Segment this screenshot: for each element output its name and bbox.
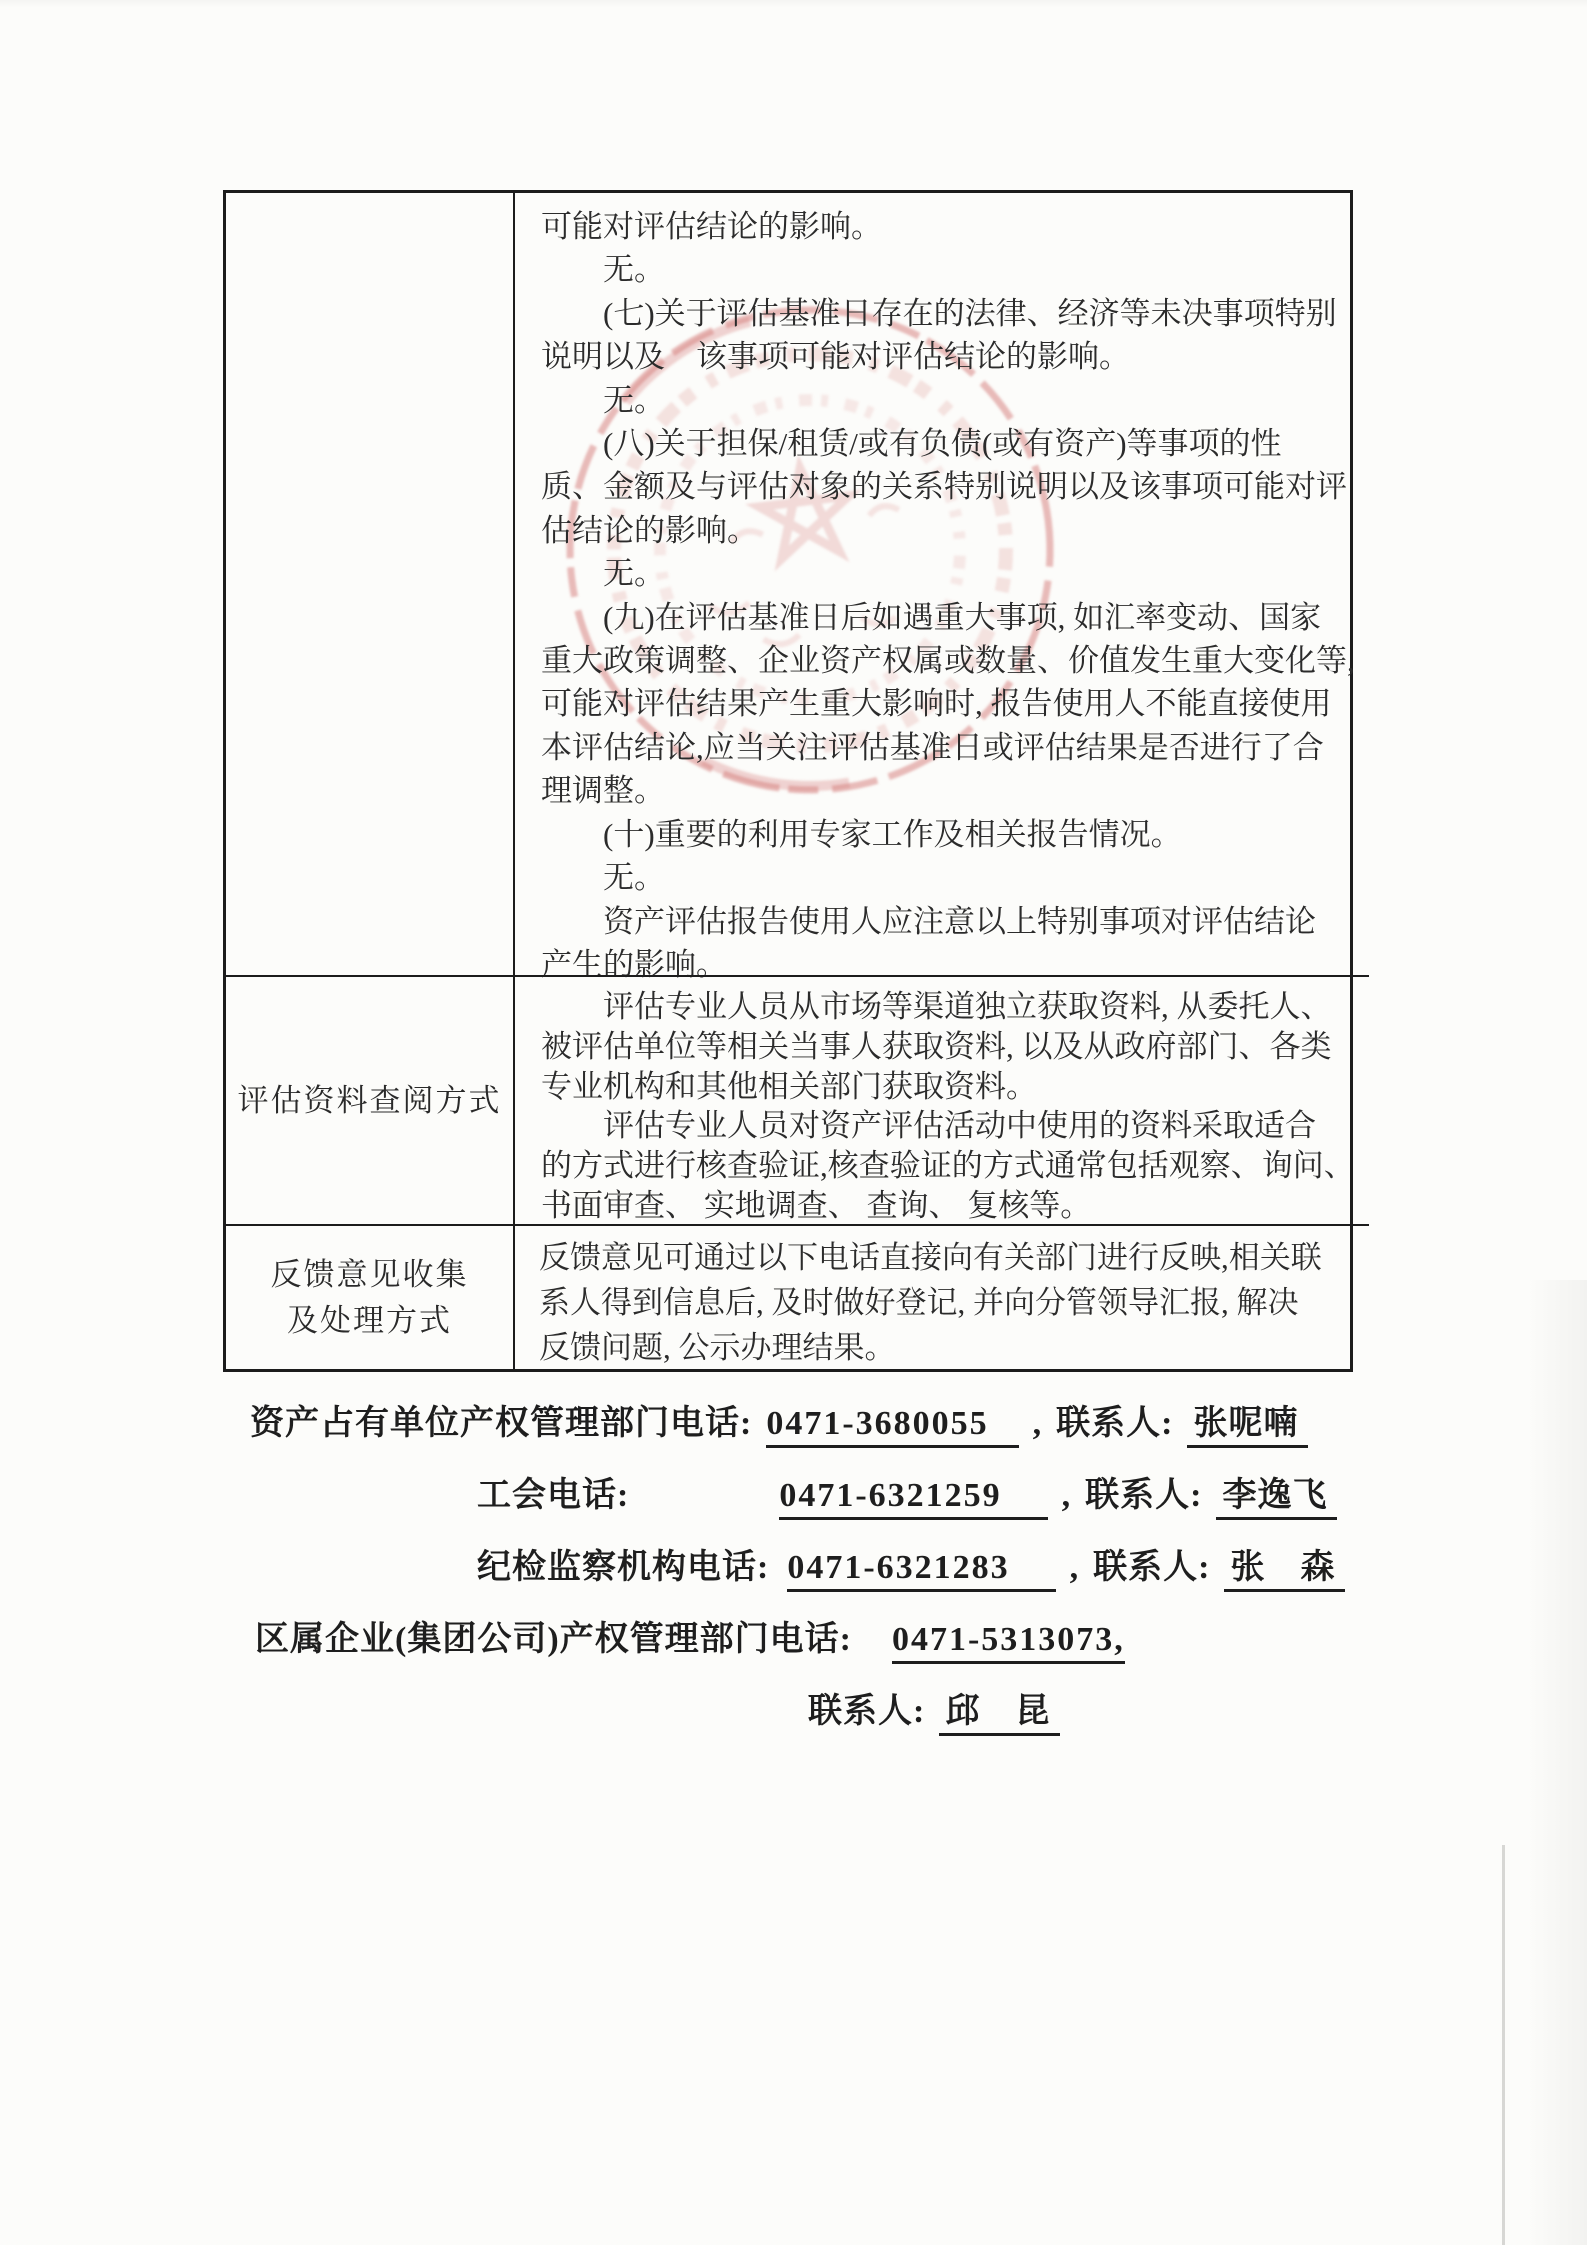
text-line: 评估专业人员从市场等渠道独立获取资料, 从委托人、: [541, 987, 1355, 1027]
row2-label-cell: 评估资料查阅方式: [226, 975, 515, 1224]
row-label: 评估资料查阅方式: [238, 1078, 502, 1124]
contact-person-label: 联系人:: [808, 1693, 925, 1730]
phone-number: 0471-6321283: [787, 1549, 1055, 1592]
text-line: 被评估单位等相关当事人获取资料, 以及从政府部门、各类: [541, 1027, 1355, 1067]
separator: ,: [1033, 1405, 1043, 1442]
text-line: 重大政策调整、企业资产权属或数量、价值发生重大变化等,: [541, 639, 1355, 682]
contact-line-union: 工会电话:0471-6321259,联系人:李逸飞: [477, 1470, 1337, 1522]
scan-edge-line: [1502, 1845, 1505, 2245]
separator: ,: [1062, 1477, 1072, 1514]
row2-content-cell: 评估专业人员从市场等渠道独立获取资料, 从委托人、 被评估单位等相关当事人获取资…: [515, 975, 1369, 1224]
text-line: 资产评估报告使用人应注意以上特别事项对评估结论: [541, 900, 1355, 943]
row1-content-cell: 可能对评估结论的影响。 无。 (七)关于评估基准日存在的法律、经济等未决事项特别…: [515, 193, 1369, 975]
contact-person-label: 联系人:: [1093, 1549, 1210, 1586]
separator: ,: [1070, 1549, 1080, 1586]
text-line: (七)关于评估基准日存在的法律、经济等未决事项特别: [541, 292, 1355, 335]
row3-content-cell: 反馈意见可通过以下电话直接向有关部门进行反映,相关联 系人得到信息后, 及时做好…: [515, 1224, 1369, 1370]
contact-line-asset-owner: 资产占有单位产权管理部门电话:0471-3680055,联系人:张呢喃: [250, 1398, 1308, 1450]
text-line: 可能对评估结论的影响。: [541, 205, 1355, 248]
contact-person-label: 联系人:: [1085, 1477, 1202, 1514]
contact-person-name: 张呢喃: [1187, 1405, 1308, 1448]
contact-person-name: 邱 昆: [939, 1693, 1060, 1736]
text-line: 说明以及 该事项可能对评估结论的影响。: [541, 335, 1355, 378]
text-line: 质、金额及与评估对象的关系特别说明以及该事项可能对评: [541, 465, 1355, 508]
text-line: 评估专业人员对资产评估活动中使用的资料采取适合: [541, 1106, 1355, 1146]
phone-number: 0471-3680055: [766, 1405, 1018, 1448]
row-label: 及处理方式: [287, 1298, 452, 1344]
contact-person-name: 李逸飞: [1216, 1477, 1337, 1520]
text-line: 反馈问题, 公示办理结果。: [539, 1325, 1355, 1370]
contact-line-district-enterprise: 区属企业(集团公司)产权管理部门电话:0471-5313073,: [255, 1614, 1125, 1666]
phone-number: 0471-5313073,: [892, 1621, 1125, 1664]
row1-label-cell: [226, 193, 515, 975]
text-line: (十)重要的利用专家工作及相关报告情况。: [541, 813, 1355, 856]
text-line: 系人得到信息后, 及时做好登记, 并向分管领导汇报, 解决: [539, 1280, 1355, 1325]
text-line: 理调整。: [541, 769, 1355, 812]
contact-person-name: 张 森: [1224, 1549, 1345, 1592]
text-line: 估结论的影响。: [541, 509, 1355, 552]
assessment-table: 可能对评估结论的影响。 无。 (七)关于评估基准日存在的法律、经济等未决事项特别…: [223, 190, 1353, 1372]
text-line: 本评估结论,应当关注评估基准日或评估结果是否进行了合: [541, 726, 1355, 769]
text-line: 无。: [541, 856, 1355, 899]
text-line: 无。: [541, 248, 1355, 291]
row-label: 反馈意见收集: [271, 1252, 469, 1298]
scan-right-shadow: [1527, 1280, 1587, 2245]
contact-line-district-enterprise-person: 联系人:邱 昆: [808, 1686, 1060, 1738]
contact-label: 区属企业(集团公司)产权管理部门电话:: [255, 1621, 852, 1658]
text-line: 无。: [541, 379, 1355, 422]
text-line: 的方式进行核查验证,核查验证的方式通常包括观察、询问、: [541, 1146, 1355, 1186]
text-line: (八)关于担保/租赁/或有负债(或有资产)等事项的性: [541, 422, 1355, 465]
text-line: 专业机构和其他相关部门获取资料。: [541, 1067, 1355, 1107]
contact-label: 工会电话:: [477, 1477, 629, 1514]
document-page: 可能对评估结论的影响。 无。 (七)关于评估基准日存在的法律、经济等未决事项特别…: [0, 0, 1587, 2245]
text-line: 可能对评估结果产生重大影响时, 报告使用人不能直接使用: [541, 682, 1355, 725]
contact-line-discipline-inspection: 纪检监察机构电话:0471-6321283,联系人:张 森: [477, 1542, 1345, 1594]
scan-top-shadow: [0, 0, 1587, 8]
text-line: 反馈意见可通过以下电话直接向有关部门进行反映,相关联: [539, 1235, 1355, 1280]
contact-person-label: 联系人:: [1056, 1405, 1173, 1442]
text-line: (九)在评估基准日后如遇重大事项, 如汇率变动、国家: [541, 596, 1355, 639]
phone-number: 0471-6321259: [779, 1477, 1047, 1520]
text-line: 无。: [541, 552, 1355, 595]
text-line: 书面审查、 实地调查、 查询、 复核等。: [541, 1186, 1355, 1226]
contact-label: 资产占有单位产权管理部门电话:: [250, 1405, 752, 1442]
row3-label-cell: 反馈意见收集 及处理方式: [226, 1224, 515, 1370]
contact-label: 纪检监察机构电话:: [477, 1549, 769, 1586]
